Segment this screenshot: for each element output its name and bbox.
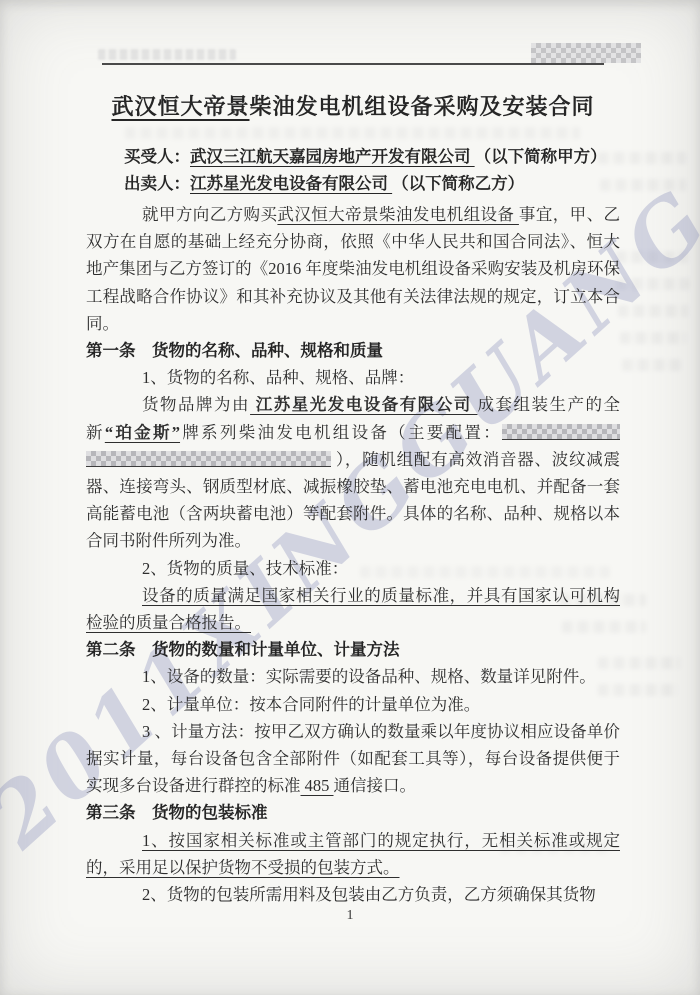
bleedthrough-artifact: [616, 278, 690, 290]
redacted-header-stamp: [531, 43, 641, 63]
text-segment: 2、计量单位：按本合同附件的计量单位为准。: [142, 695, 480, 714]
text-segment: 第一条 货物的名称、品种、规格和质量: [86, 341, 383, 360]
section-heading: 第一条 货物的名称、品种、规格和质量: [86, 337, 620, 364]
title-underlined-part: 武汉恒大帝景: [111, 94, 249, 119]
bleedthrough-artifact: [618, 305, 688, 317]
contract-paragraph: 1、按国家相关标准或主管部门的规定执行，无相关标准或规定的，采用足以保护货物不受…: [86, 827, 620, 881]
contract-paragraph: 1、设备的数量：实际需要的设备品种、规格、数量详见附件。: [86, 663, 620, 690]
seller-name: 江苏星光发电设备有限公司: [190, 174, 392, 193]
redacted-text: [86, 451, 331, 467]
contract-paragraph: 货物品牌为由 江苏星光发电设备有限公司 成套组装生产的全新“珀金斯”牌系列柴油发…: [86, 391, 620, 554]
text-segment: 设备的质量满足国家相关行业的质量标准，并具有国家认可机构检验的质量合格报告。: [86, 586, 620, 632]
seller-line: 出卖人：江苏星光发电设备有限公司 （以下简称乙方）: [86, 170, 620, 197]
document-page: 2011XINGGUANG 武汉恒大帝景柴油发电机组设备采购及安装合同 买受人：…: [0, 0, 700, 995]
contract-paragraph: 3 、计量方法：按甲乙双方确认的数量乘以年度协议相应设备单价据实计量，每台设备包…: [86, 718, 620, 800]
contract-paragraph: 设备的质量满足国家相关行业的质量标准，并具有国家认可机构检验的质量合格报告。: [86, 582, 620, 636]
text-segment: 485: [301, 776, 334, 795]
redacted-text: [502, 424, 620, 440]
text-segment: “珀金斯”: [105, 423, 180, 442]
buyer-line: 买受人：武汉三江航天嘉园房地产开发有限公司 （以下简称甲方）: [86, 143, 620, 170]
text-segment: 1、设备的数量：实际需要的设备品种、规格、数量详见附件。: [142, 667, 596, 686]
text-segment: 货物品牌为由: [142, 395, 250, 414]
bleedthrough-artifact: [616, 251, 688, 263]
text-segment: 江苏星光发电设备有限公司: [250, 395, 477, 414]
page-number: 1: [0, 908, 700, 924]
text-segment: 事宜，甲、乙双方在自愿的基础上经充分协商，依照《中华人民共和国合同法》、恒大地产…: [86, 205, 620, 333]
title-rest-part: 柴油发电机组设备采购及安装合同: [250, 94, 595, 119]
seller-label: 出卖人：: [124, 174, 190, 193]
text-segment: 1、按国家相关标准或主管部门的规定执行，无相关标准或规定的，采用足以保护货物不受…: [86, 831, 620, 877]
header-rule: [102, 63, 604, 65]
buyer-suffix: （以下简称甲方）: [475, 147, 607, 166]
contract-body: 就甲方向乙方购买武汉恒大帝景柴油发电机组设备 事宜，甲、乙双方在自愿的基础上经充…: [86, 201, 620, 908]
contract-paragraph: 2、计量单位：按本合同附件的计量单位为准。: [86, 691, 620, 718]
text-segment: 第三条 货物的包装标准: [86, 803, 268, 822]
buyer-label: 买受人：: [124, 147, 190, 166]
section-heading: 第三条 货物的包装标准: [86, 799, 620, 826]
contract-paragraph: 2、货物的包装所需用料及包装由乙方负责，乙方须确保其货物: [86, 881, 620, 908]
faded-scan-text: [98, 49, 236, 60]
section-heading: 第二条 货物的数量和计量单位、计量方法: [86, 636, 620, 663]
text-segment: 就甲方向乙方购买: [142, 205, 277, 224]
contract-paragraph: 1、货物的名称、品种、规格、品牌：: [86, 364, 620, 391]
contract-paragraph: 就甲方向乙方购买武汉恒大帝景柴油发电机组设备 事宜，甲、乙双方在自愿的基础上经充…: [86, 201, 620, 337]
text-segment: 1、货物的名称、品种、规格、品牌：: [142, 368, 414, 387]
contract-title: 武汉恒大帝景柴油发电机组设备采购及安装合同: [86, 90, 620, 121]
seller-suffix: （以下简称乙方）: [392, 174, 524, 193]
text-segment: 通信接口。: [334, 776, 417, 795]
text-segment: 武汉恒大帝景柴油发电机组设备: [277, 205, 519, 224]
bleedthrough-artifact: [622, 359, 682, 371]
text-segment: 第二条 货物的数量和计量单位、计量方法: [86, 640, 400, 659]
text-segment: 牌系列柴油发电机组设备（主要配置：: [180, 423, 502, 442]
buyer-name: 武汉三江航天嘉园房地产开发有限公司: [190, 147, 475, 166]
bleedthrough-artifact: [620, 332, 686, 344]
contract-document: 武汉恒大帝景柴油发电机组设备采购及安装合同 买受人：武汉三江航天嘉园房地产开发有…: [86, 78, 620, 908]
text-segment: 2、货物的包装所需用料及包装由乙方负责，乙方须确保其货物: [142, 885, 596, 904]
text-segment: 2、货物的质量、技术标准：: [142, 559, 348, 578]
contract-paragraph: 2、货物的质量、技术标准：: [86, 555, 620, 582]
